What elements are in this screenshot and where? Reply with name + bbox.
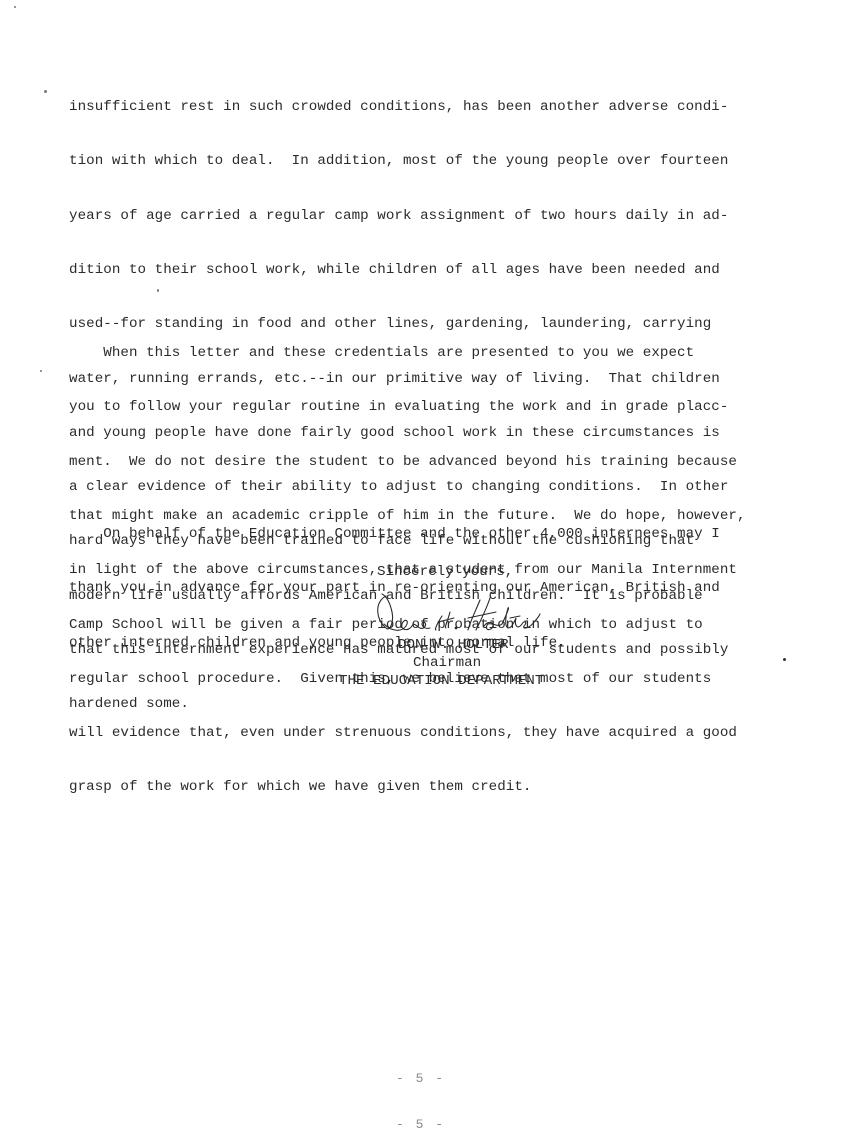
handwritten-signature: Don W. Holter [372, 588, 544, 638]
text-line: grasp of the work for which we have give… [69, 778, 789, 796]
scan-speck [40, 370, 42, 372]
text-line: When this letter and these credentials a… [69, 344, 789, 362]
page-number-footer: - 5 - [396, 1071, 445, 1086]
page-number-footer: - 5 - [396, 1117, 445, 1132]
scan-speck [14, 6, 16, 8]
text-line: years of age carried a regular camp work… [69, 207, 789, 225]
text-line: dition to their school work, while child… [69, 261, 789, 279]
salutation: Sincerely yours, [377, 563, 513, 581]
signer-department: THE EDUCATION DEPARTMENT [339, 672, 543, 690]
document-page: insufficient rest in such crowded condit… [0, 0, 866, 1134]
text-line: will evidence that, even under strenuous… [69, 724, 789, 742]
text-line: On behalf of the Education Committee and… [69, 525, 789, 543]
text-line: insufficient rest in such crowded condit… [69, 98, 789, 116]
scan-speck [783, 658, 786, 661]
text-line: ment. We do not desire the student to be… [69, 453, 789, 471]
scan-speck [44, 90, 47, 93]
text-line: you to follow your regular routine in ev… [69, 398, 789, 416]
scan-speck [157, 289, 159, 292]
signer-name: DON W. HOLTER [398, 636, 509, 654]
text-line: tion with which to deal. In addition, mo… [69, 152, 789, 170]
signer-title: Chairman [413, 654, 481, 672]
